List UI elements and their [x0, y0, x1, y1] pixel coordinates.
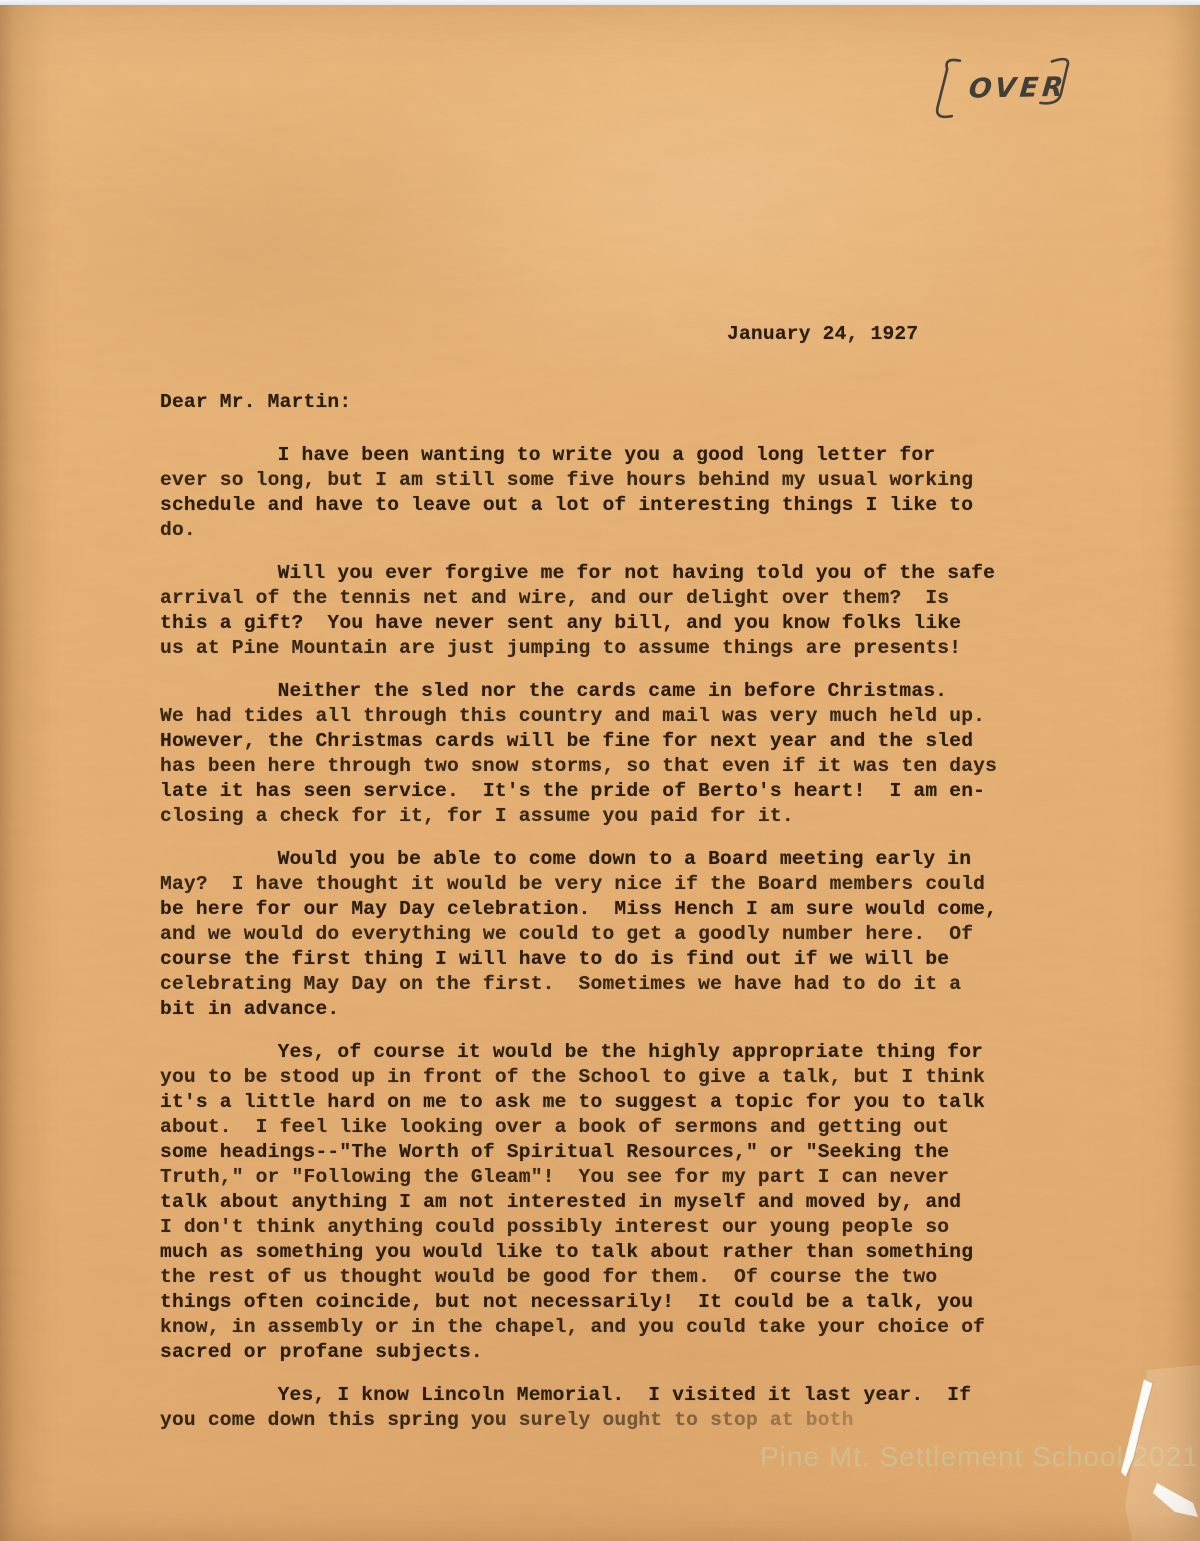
letter-line: Truth," or "Following the Gleam"! You se…: [160, 1165, 997, 1190]
paragraph: Would you be able to come down to a Boar…: [160, 847, 997, 1022]
letter-paper: OVER January 24, 1927 Dear Mr. Martin: I…: [0, 5, 1200, 1541]
letter-salutation: Dear Mr. Martin:: [160, 391, 351, 413]
letter-line: the rest of us thought would be good for…: [160, 1265, 997, 1290]
paragraph: Yes, I know Lincoln Memorial. I visited …: [160, 1383, 997, 1433]
over-annotation: OVER: [923, 44, 1096, 140]
letter-line: Yes, of course it would be the highly ap…: [160, 1040, 997, 1065]
letter-line: sacred or profane subjects.: [160, 1340, 997, 1365]
letter-line: much as something you would like to talk…: [160, 1240, 997, 1265]
letter-line: talk about anything I am not interested …: [160, 1190, 997, 1215]
letter-line: schedule and have to leave out a lot of …: [160, 493, 997, 518]
letter-line: be here for our May Day celebration. Mis…: [160, 897, 997, 922]
letter-line: Will you ever forgive me for not having …: [160, 561, 997, 586]
letter-line: you to be stood up in front of the Schoo…: [160, 1065, 997, 1090]
letter-line: some headings--"The Worth of Spiritual R…: [160, 1140, 997, 1165]
paragraph: Yes, of course it would be the highly ap…: [160, 1040, 997, 1365]
letter-line: bit in advance.: [160, 997, 997, 1022]
letter-line: May? I have thought it would be very nic…: [160, 872, 997, 897]
paragraph: I have been wanting to write you a good …: [160, 443, 997, 543]
letter-line: We had tides all through this country an…: [160, 704, 997, 729]
over-annotation-text: OVER: [968, 72, 1069, 105]
letter-line: Neither the sled nor the cards came in b…: [160, 679, 997, 704]
letter-line: However, the Christmas cards will be fin…: [160, 729, 997, 754]
letter-line: things often coincide, but not necessari…: [160, 1290, 997, 1315]
letter-line: about. I feel like looking over a book o…: [160, 1115, 997, 1140]
paragraph: Neither the sled nor the cards came in b…: [160, 679, 997, 829]
paragraph: Will you ever forgive me for not having …: [160, 561, 997, 661]
letter-date: January 24, 1927: [727, 323, 918, 345]
letter-line: I don't think anything could possibly in…: [160, 1215, 997, 1240]
archive-watermark: Pine Mt. Settlement School 2021: [760, 1441, 1199, 1473]
letter-line: do.: [160, 518, 997, 543]
letter-line: closing a check for it, for I assume you…: [160, 804, 997, 829]
letter-line: and we would do everything we could to g…: [160, 922, 997, 947]
scanned-letter-page: { "page": { "paper_color": "#e8b478", "i…: [0, 0, 1200, 1541]
scan-edge: [0, 0, 1200, 5]
letter-line: late it has seen service. It's the pride…: [160, 779, 997, 804]
letter-line: ever so long, but I am still some five h…: [160, 468, 997, 493]
letter-line: us at Pine Mountain are just jumping to …: [160, 636, 997, 661]
letter-line: know, in assembly or in the chapel, and …: [160, 1315, 997, 1340]
letter-line: Would you be able to come down to a Boar…: [160, 847, 997, 872]
letter-line: it's a little hard on me to ask me to su…: [160, 1090, 997, 1115]
letter-line: celebrating May Day on the first. Someti…: [160, 972, 997, 997]
letter-line: arrival of the tennis net and wire, and …: [160, 586, 997, 611]
letter-body: I have been wanting to write you a good …: [160, 443, 997, 1451]
letter-line: course the first thing I will have to do…: [160, 947, 997, 972]
letter-line: Yes, I know Lincoln Memorial. I visited …: [160, 1383, 997, 1408]
letter-line: this a gift? You have never sent any bil…: [160, 611, 997, 636]
letter-line: has been here through two snow storms, s…: [160, 754, 997, 779]
letter-line: you come down this spring you surely oug…: [160, 1408, 997, 1433]
letter-line: I have been wanting to write you a good …: [160, 443, 997, 468]
